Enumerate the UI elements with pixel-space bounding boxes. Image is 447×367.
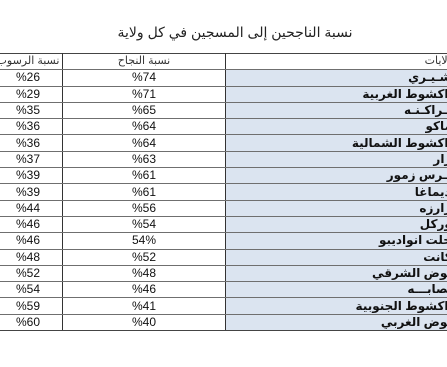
wilaya-cell: اماكو	[226, 119, 447, 135]
wilaya-cell: حوض الغربي	[226, 314, 447, 330]
success-cell: %46	[63, 282, 226, 298]
success-cell: %61	[63, 168, 226, 184]
table-row: %46 54% اخلت انواديبو	[0, 233, 447, 249]
failure-cell: %60	[0, 314, 63, 330]
table-row: %37 %63 ـرار	[0, 151, 447, 167]
table-row: %52 %48 حوض الشرقي	[0, 265, 447, 281]
table-header-row: نسبة الرسوب نسبة النجاح ولايات	[0, 54, 447, 70]
page-title: نسبة الناجحين إلى المسجين في كل ولاية	[110, 24, 360, 41]
success-cell: %40	[63, 314, 226, 330]
table-row: %46 %54 ـوركل	[0, 216, 447, 232]
success-cell: %41	[63, 298, 226, 314]
wilaya-cell: ـبـراكـنـه	[226, 102, 447, 118]
results-table: نسبة الرسوب نسبة النجاح ولايات %26 %74 ـ…	[0, 53, 447, 331]
failure-cell: %46	[0, 216, 63, 232]
wilaya-cell: ـكانت	[226, 249, 447, 265]
success-cell: %48	[63, 265, 226, 281]
header-wilaya-label: ولايات	[425, 54, 447, 69]
wilaya-cell: واكشوط الجنوبية	[226, 298, 447, 314]
table-row: %44 %56 ـرارزه	[0, 200, 447, 216]
failure-cell: %29	[0, 86, 63, 102]
table-row: %59 %41 واكشوط الجنوبية	[0, 298, 447, 314]
wilaya-cell: واكشوط الغربية	[226, 86, 447, 102]
failure-cell: %48	[0, 249, 63, 265]
failure-cell: %59	[0, 298, 63, 314]
wilaya-cell: حوض الشرقي	[226, 265, 447, 281]
wilaya-cell: يديماغا	[226, 184, 447, 200]
document-page: نسبة الناجحين إلى المسجين في كل ولاية نس…	[0, 0, 447, 367]
success-cell: %64	[63, 135, 226, 151]
table-row: %48 %52 ـكانت	[0, 249, 447, 265]
failure-cell: %36	[0, 119, 63, 135]
success-cell: %61	[63, 184, 226, 200]
table-row: %26 %74 ـشـيـري	[0, 70, 447, 86]
wilaya-cell: ـرار	[226, 151, 447, 167]
table-row: %36 %64 اماكو	[0, 119, 447, 135]
table-row: %54 %46 عصابـــه	[0, 282, 447, 298]
table-row: %39 %61 ـيـرس زمور	[0, 168, 447, 184]
success-cell: %65	[63, 102, 226, 118]
wilaya-cell: واكشوط الشمالية	[226, 135, 447, 151]
header-failure-rate: نسبة الرسوب	[0, 54, 63, 70]
table-row: %60 %40 حوض الغربي	[0, 314, 447, 330]
success-cell: %74	[63, 70, 226, 86]
table-row: %35 %65 ـبـراكـنـه	[0, 102, 447, 118]
failure-cell: %35	[0, 102, 63, 118]
failure-cell: %26	[0, 70, 63, 86]
failure-cell: %52	[0, 265, 63, 281]
header-success-rate: نسبة النجاح	[63, 54, 226, 70]
wilaya-cell: ـرارزه	[226, 200, 447, 216]
success-cell: %54	[63, 216, 226, 232]
failure-cell: %46	[0, 233, 63, 249]
success-cell: %56	[63, 200, 226, 216]
failure-cell: %54	[0, 282, 63, 298]
wilaya-cell: اخلت انواديبو	[226, 233, 447, 249]
success-cell: %64	[63, 119, 226, 135]
wilaya-cell: ـوركل	[226, 216, 447, 232]
wilaya-cell: ـشـيـري	[226, 70, 447, 86]
wilaya-cell: عصابـــه	[226, 282, 447, 298]
success-cell: 54%	[63, 233, 226, 249]
success-cell: %71	[63, 86, 226, 102]
header-wilaya: ولايات	[226, 54, 447, 70]
failure-cell: %39	[0, 168, 63, 184]
success-cell: %52	[63, 249, 226, 265]
failure-cell: %37	[0, 151, 63, 167]
table-row: %29 %71 واكشوط الغربية	[0, 86, 447, 102]
table-row: %36 %64 واكشوط الشمالية	[0, 135, 447, 151]
failure-cell: %44	[0, 200, 63, 216]
failure-cell: %36	[0, 135, 63, 151]
wilaya-cell: ـيـرس زمور	[226, 168, 447, 184]
success-cell: %63	[63, 151, 226, 167]
failure-cell: %39	[0, 184, 63, 200]
table-row: %39 %61 يديماغا	[0, 184, 447, 200]
